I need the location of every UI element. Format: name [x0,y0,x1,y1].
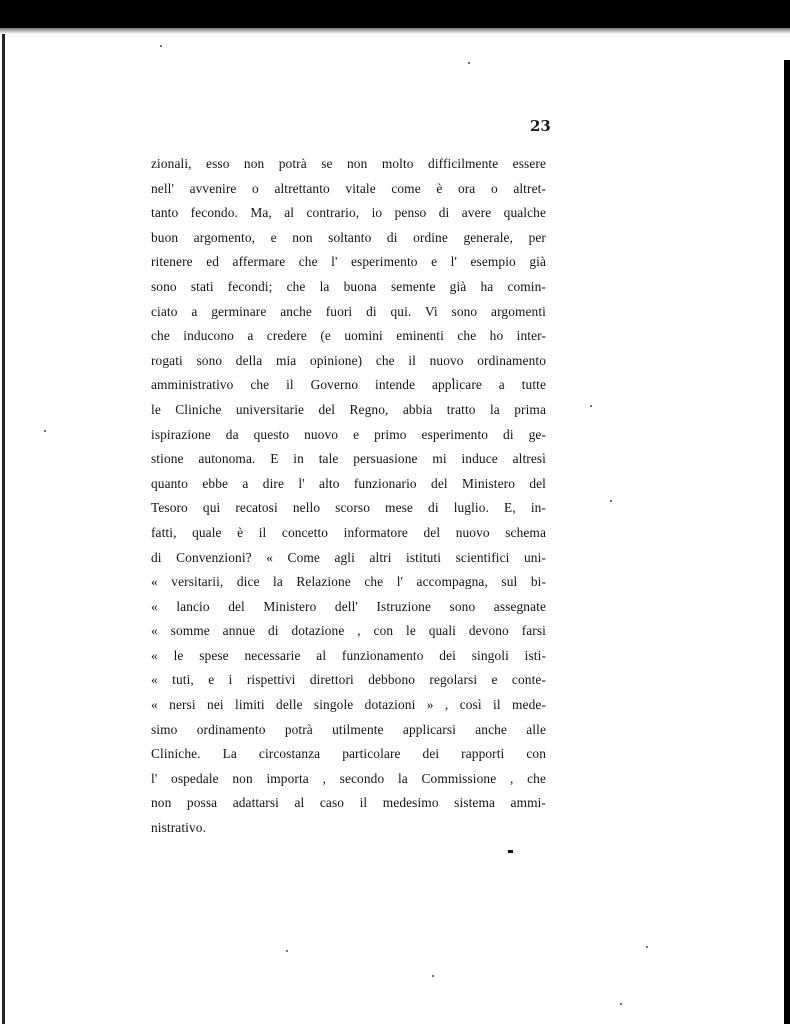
scan-speck [646,946,648,948]
text-line: stione autonoma. E in tale persuasione m… [151,447,546,472]
text-line: buon argomento, e non soltanto di ordine… [151,226,546,251]
text-line: le Cliniche universitarie del Regno, abb… [151,398,546,423]
text-line: Tesoro qui recatosi nello scorso mese di… [151,496,546,521]
text-line: « tuti, e i rispettivi direttori debbono… [151,668,546,693]
text-line: sono stati fecondi; che la buona semente… [151,275,546,300]
scan-speck [610,500,612,502]
text-line: nell' avvenire o altrettanto vitale come… [151,177,546,202]
scan-top-shadow [0,28,790,34]
scan-speck [468,62,470,64]
text-line: ritenere ed affermare che l' esperimento… [151,250,546,275]
text-line: « lancio del Ministero dell' Istruzione … [151,595,546,620]
text-line: « versitarii, dice la Relazione che l' a… [151,570,546,595]
text-line: nistrativo. [151,816,546,841]
text-line: fatti, quale è il concetto informatore d… [151,521,546,546]
text-line: tanto fecondo. Ma, al contrario, io pens… [151,201,546,226]
scan-speck [44,430,46,432]
scan-right-edge [784,60,790,1024]
text-line: quanto ebbe a dire l' alto funzionario d… [151,472,546,497]
scan-speck [160,45,162,47]
scan-speck [432,975,434,977]
text-line: che inducono a credere (e uomini eminent… [151,324,546,349]
text-line: rogati sono della mia opinione) che il n… [151,349,546,374]
text-line: ciato a germinare anche fuori di qui. Vi… [151,300,546,325]
text-line: l' ospedale non importa , secondo la Com… [151,767,546,792]
text-line: ispirazione da questo nuovo e primo espe… [151,423,546,448]
text-line: amministrativo che il Governo intende ap… [151,373,546,398]
scan-speck [452,378,454,380]
text-line: Cliniche. La circostanza particolare dei… [151,742,546,767]
scan-left-edge [2,34,5,1024]
scan-top-border [0,0,790,28]
body-text: zionali, esso non potrà se non molto dif… [151,152,546,841]
text-line: non possa adattarsi al caso il medesimo … [151,791,546,816]
text-line: zionali, esso non potrà se non molto dif… [151,152,546,177]
text-line: « le spese necessarie al funzionamento d… [151,644,546,669]
scan-speck [620,1003,622,1005]
page-number: 23 [530,117,551,135]
text-line: « nersi nei limiti delle singole dotazio… [151,693,546,718]
text-line: simo ordinamento potrà utilmente applica… [151,718,546,743]
scan-ink-mark [508,850,513,853]
scan-speck [286,950,288,952]
text-line: di Convenzioni? « Come agli altri istitu… [151,546,546,571]
text-line: « somme annue di dotazione , con le qual… [151,619,546,644]
scan-speck [590,405,592,407]
